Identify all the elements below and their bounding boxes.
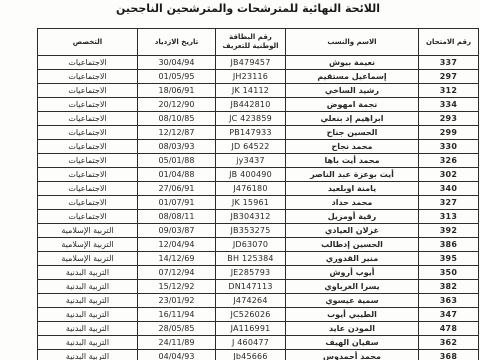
cell-exam-no: 297 (419, 70, 479, 84)
cell-name: الحسين إدطالب (286, 238, 419, 252)
cell-name: المودن عايد (286, 322, 419, 336)
table-row: 347الطيبي أيوبJC52602616/11/94التربية ال… (38, 308, 479, 322)
cell-birth-date: 27/06/91 (138, 182, 216, 196)
cell-specialization: الاجتماعيات (38, 140, 138, 154)
table-row: 327محمد حدادJK 1596101/07/91الاجتماعيات (38, 196, 479, 210)
cell-specialization: التربية البدنية (38, 336, 138, 350)
cell-exam-no: 362 (419, 336, 479, 350)
cell-specialization: الاجتماعيات (38, 154, 138, 168)
cell-birth-date: 30/04/94 (138, 56, 216, 70)
cell-exam-no: 337 (419, 56, 479, 70)
cell-name: إسماعيل مستقيم (286, 70, 419, 84)
cell-name: نجمة امهوض (286, 98, 419, 112)
cell-specialization: التربية البدنية (38, 294, 138, 308)
cell-birth-date: 07/12/94 (138, 266, 216, 280)
cell-name: الحسين جناح (286, 126, 419, 140)
table-row: 382يسرا الغرباويDN14711315/12/92التربية … (38, 280, 479, 294)
cell-birth-date: 05/01/88 (138, 154, 216, 168)
cell-birth-date: 24/11/89 (138, 336, 216, 350)
cell-id-number: BH 125384 (216, 252, 286, 266)
cell-name: محمد أحمدوس (286, 350, 419, 360)
cell-specialization: الاجتماعيات (38, 210, 138, 224)
table-row: 302أيت بوعزة عبد الناصرJB 40049001/04/88… (38, 168, 479, 182)
table-row: 363سمية عيسويJ47426423/01/92التربية البد… (38, 294, 479, 308)
header-exam-no: رقم الامتحان (419, 29, 479, 56)
cell-specialization: الاجتماعيات (38, 70, 138, 84)
cell-name: الطيبي أيوب (286, 308, 419, 322)
cell-exam-no: 368 (419, 350, 479, 360)
cell-id-number: DN147113 (216, 280, 286, 294)
table-row: 326محمد أيت باهاjy343705/01/88الاجتماعيا… (38, 154, 479, 168)
table-row: 297إسماعيل مستقيمJH2311601/05/95الاجتماع… (38, 70, 479, 84)
cell-exam-no: 334 (419, 98, 479, 112)
cell-specialization: الاجتماعيات (38, 182, 138, 196)
cell-birth-date: 01/07/91 (138, 196, 216, 210)
cell-id-number: Jb45666 (216, 350, 286, 360)
cell-id-number: JK 14112 (216, 84, 286, 98)
results-table: رقم الامتحان الاسم والنسب رقم البطاقة ال… (37, 28, 479, 360)
cell-id-number: JB 400490 (216, 168, 286, 182)
cell-specialization: التربية الإسلامية (38, 252, 138, 266)
page-title: اللائحة النهائية للمترشحات والمترشحين ال… (0, 2, 480, 15)
cell-id-number: JB479457 (216, 56, 286, 70)
cell-specialization: التربية البدنية (38, 350, 138, 360)
cell-exam-no: 302 (419, 168, 479, 182)
cell-name: أيوب أروش (286, 266, 419, 280)
cell-exam-no: 330 (419, 140, 479, 154)
cell-name: يسرا الغرباوي (286, 280, 419, 294)
cell-exam-no: 312 (419, 84, 479, 98)
cell-exam-no: 293 (419, 112, 479, 126)
header-birth-date: تاريخ الازدياد (138, 29, 216, 56)
document-page: اللائحة النهائية للمترشحات والمترشحين ال… (0, 0, 480, 360)
cell-id-number: JB353275 (216, 224, 286, 238)
cell-specialization: الاجتماعيات (38, 112, 138, 126)
cell-birth-date: 16/11/94 (138, 308, 216, 322)
table-row: 392غزلان العياديJB35327509/03/87التربية … (38, 224, 479, 238)
table-row: 478المودن عايدJA11699128/05/85التربية ال… (38, 322, 479, 336)
cell-id-number: J476180 (216, 182, 286, 196)
header-name: الاسم والنسب (286, 29, 419, 56)
table-row: 312رشيد الساخيJK 1411218/06/91الاجتماعيا… (38, 84, 479, 98)
cell-birth-date: 08/03/93 (138, 140, 216, 154)
cell-birth-date: 08/10/85 (138, 112, 216, 126)
cell-exam-no: 327 (419, 196, 479, 210)
table-row: 386الحسين إدطالبJD6307012/04/94التربية ا… (38, 238, 479, 252)
cell-specialization: التربية الإسلامية (38, 238, 138, 252)
cell-name: رشيد الساخي (286, 84, 419, 98)
cell-birth-date: 04/04/93 (138, 350, 216, 360)
cell-exam-no: 350 (419, 266, 479, 280)
cell-exam-no: 299 (419, 126, 479, 140)
table-row: 362سفيان الهيفJ 46047724/11/89التربية ال… (38, 336, 479, 350)
cell-exam-no: 313 (419, 210, 479, 224)
header-specialization: التخصص (38, 29, 138, 56)
cell-name: سفيان الهيف (286, 336, 419, 350)
table-header: رقم الامتحان الاسم والنسب رقم البطاقة ال… (38, 29, 479, 56)
table-row: 299الحسين جناحPB14793312/12/87الاجتماعيا… (38, 126, 479, 140)
cell-id-number: JB304312 (216, 210, 286, 224)
cell-birth-date: 14/12/69 (138, 252, 216, 266)
table-row: 350أيوب أروشJE28579307/12/94التربية البد… (38, 266, 479, 280)
cell-id-number: JA116991 (216, 322, 286, 336)
cell-name: ابراهيم إد بنعلي (286, 112, 419, 126)
cell-name: أيت بوعزة عبد الناصر (286, 168, 419, 182)
cell-specialization: الاجتماعيات (38, 56, 138, 70)
cell-id-number: JE285793 (216, 266, 286, 280)
cell-birth-date: 23/01/92 (138, 294, 216, 308)
cell-name: محمد نجاح (286, 140, 419, 154)
cell-exam-no: 382 (419, 280, 479, 294)
cell-id-number: JD63070 (216, 238, 286, 252)
cell-birth-date: 18/06/91 (138, 84, 216, 98)
cell-specialization: الاجتماعيات (38, 98, 138, 112)
cell-specialization: التربية الإسلامية (38, 224, 138, 238)
cell-exam-no: 340 (419, 182, 479, 196)
cell-name: منير القدوري (286, 252, 419, 266)
cell-specialization: الاجتماعيات (38, 196, 138, 210)
cell-birth-date: 09/03/87 (138, 224, 216, 238)
header-row: رقم الامتحان الاسم والنسب رقم البطاقة ال… (38, 29, 479, 56)
cell-name: غزلان العيادي (286, 224, 419, 238)
cell-exam-no: 386 (419, 238, 479, 252)
table-row: 337نعيمة بيوشJB47945730/04/94الاجتماعيات (38, 56, 479, 70)
cell-specialization: التربية البدنية (38, 266, 138, 280)
table-row: 368محمد أحمدوسJb4566604/04/93التربية الب… (38, 350, 479, 360)
cell-id-number: J474264 (216, 294, 286, 308)
cell-exam-no: 395 (419, 252, 479, 266)
cell-id-number: PB147933 (216, 126, 286, 140)
cell-specialization: التربية البدنية (38, 322, 138, 336)
cell-specialization: التربية البدنية (38, 308, 138, 322)
cell-birth-date: 01/04/88 (138, 168, 216, 182)
cell-name: نعيمة بيوش (286, 56, 419, 70)
cell-name: محمد أيت باها (286, 154, 419, 168)
table-row: 330محمد نجاحJD 6452208/03/93الاجتماعيات (38, 140, 479, 154)
cell-birth-date: 08/08/11 (138, 210, 216, 224)
cell-name: سمية عيسوي (286, 294, 419, 308)
cell-name: يامنة اوبلعيد (286, 182, 419, 196)
table-row: 340يامنة اوبلعيدJ47618027/06/91الاجتماعي… (38, 182, 479, 196)
cell-specialization: الاجتماعيات (38, 126, 138, 140)
cell-id-number: JC526026 (216, 308, 286, 322)
cell-exam-no: 392 (419, 224, 479, 238)
cell-exam-no: 363 (419, 294, 479, 308)
table-row: 313رقية أومزيلJB30431208/08/11الاجتماعيا… (38, 210, 479, 224)
cell-birth-date: 28/05/85 (138, 322, 216, 336)
header-id-number: رقم البطاقة الوطنية للتعريف (216, 29, 286, 56)
cell-name: رقية أومزيل (286, 210, 419, 224)
cell-specialization: التربية البدنية (38, 280, 138, 294)
cell-id-number: JC 423859 (216, 112, 286, 126)
cell-birth-date: 15/12/92 (138, 280, 216, 294)
cell-exam-no: 347 (419, 308, 479, 322)
cell-birth-date: 12/12/87 (138, 126, 216, 140)
table-body: 337نعيمة بيوشJB47945730/04/94الاجتماعيات… (38, 56, 479, 360)
cell-birth-date: 12/04/94 (138, 238, 216, 252)
table-row: 293ابراهيم إد بنعليJC 42385908/10/85الاج… (38, 112, 479, 126)
cell-exam-no: 326 (419, 154, 479, 168)
cell-id-number: JH23116 (216, 70, 286, 84)
cell-specialization: الاجتماعيات (38, 84, 138, 98)
table-row: 334نجمة امهوضJB44281020/12/90الاجتماعيات (38, 98, 479, 112)
cell-id-number: JK 15961 (216, 196, 286, 210)
cell-birth-date: 01/05/95 (138, 70, 216, 84)
cell-id-number: JB442810 (216, 98, 286, 112)
cell-id-number: jy3437 (216, 154, 286, 168)
cell-name: محمد حداد (286, 196, 419, 210)
cell-id-number: JD 64522 (216, 140, 286, 154)
cell-specialization: الاجتماعيات (38, 168, 138, 182)
cell-birth-date: 20/12/90 (138, 98, 216, 112)
table-row: 395منير القدوريBH 12538414/12/69التربية … (38, 252, 479, 266)
cell-id-number: J 460477 (216, 336, 286, 350)
cell-exam-no: 478 (419, 322, 479, 336)
